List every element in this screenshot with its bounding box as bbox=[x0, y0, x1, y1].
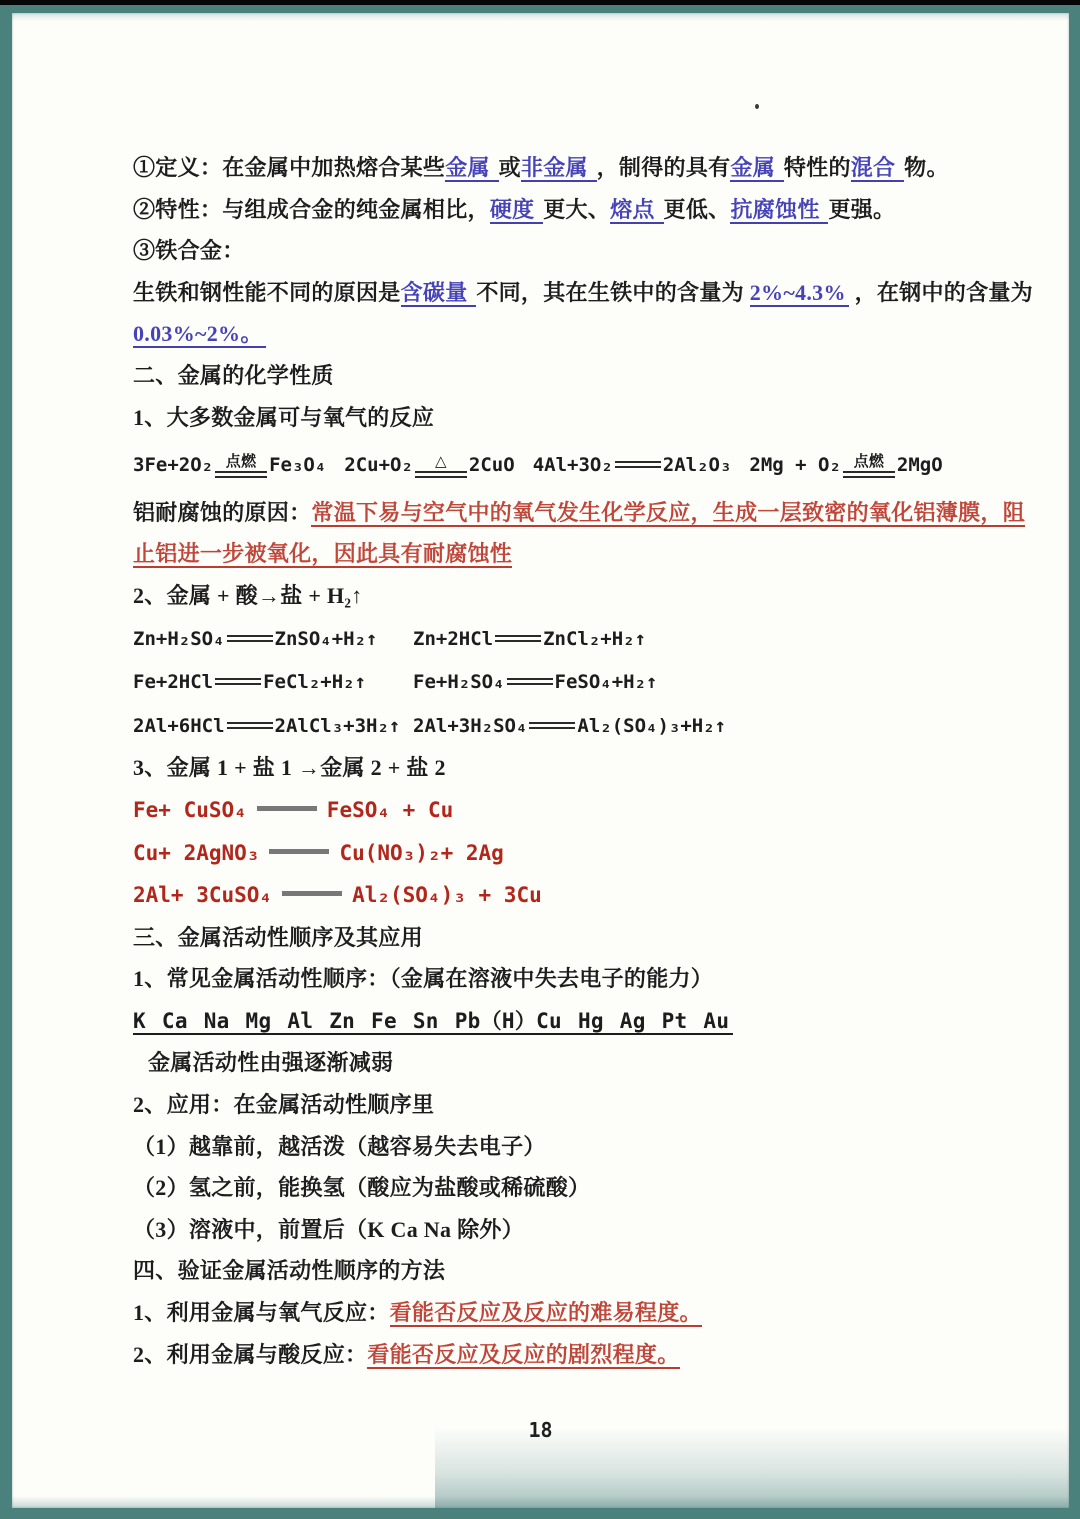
blank-mixture: 混合 bbox=[851, 155, 904, 182]
text-run: ，在钢中的含量为 bbox=[849, 280, 1033, 305]
aluminum-note-label: 铝耐腐蚀的原因： bbox=[133, 500, 311, 525]
text-run: 物。 bbox=[904, 155, 949, 180]
eq-lhs: Zn+2HCl bbox=[413, 628, 493, 650]
acid-equations-row-3: 2Al+6HCl2AlCl₃+3H₂↑ 2Al+3H₂SO₄Al₂(SO₄)₃+… bbox=[133, 704, 1011, 748]
blank-nonmetal: 非金属 bbox=[521, 155, 597, 182]
blank-pig-iron-range: 2%~4.3% bbox=[750, 280, 849, 307]
eq-lhs: 2Mg + O₂ bbox=[749, 454, 841, 476]
activity-series: K Ca Na Mg Al Zn Fe Sn Pb（H）Cu Hg Ag Pt … bbox=[133, 1009, 733, 1035]
line-carbon-content: 生铁和钢性能不同的原因是含碳量 不同，其在生铁中的含量为 2%~4.3% ，在钢… bbox=[133, 272, 1011, 314]
eq-rhs: Al₂(SO₄)₃ + 3Cu bbox=[352, 883, 542, 907]
eq-lhs: 2Al+6HCl bbox=[133, 715, 225, 737]
section4-title: 四、验证金属活动性顺序的方法 bbox=[133, 1250, 1011, 1292]
section2-sub1: 1、大多数金属可与氧气的反应 bbox=[133, 397, 1011, 439]
eq-rhs: Fe₃O₄ bbox=[269, 454, 326, 476]
acid-equations-row-1: Zn+H₂SO₄ZnSO₄+H₂↑ Zn+2HClZnCl₂+H₂↑ bbox=[133, 617, 1011, 661]
top-black-strip bbox=[0, 0, 1080, 5]
eq-lhs: 2Al+ 3CuSO₄ bbox=[133, 883, 272, 907]
eq-rhs: Al₂(SO₄)₃+H₂↑ bbox=[577, 715, 726, 737]
text-run: （1）越靠前，越活泼（越容易失去电子） bbox=[133, 1134, 546, 1159]
blank-metal: 金属 bbox=[445, 155, 498, 182]
blank-carbon-content: 含碳量 bbox=[401, 280, 477, 307]
equation-al-h2so4: 2Al+3H₂SO₄Al₂(SO₄)₃+H₂↑ bbox=[413, 704, 726, 748]
double-line bbox=[415, 471, 467, 478]
double-line bbox=[227, 635, 273, 642]
condition-label: 点燃 bbox=[226, 454, 257, 471]
text-run: ②特性：与组成合金的纯金属相比， bbox=[133, 197, 490, 222]
eq-lhs: 3Fe+2O₂ bbox=[133, 454, 213, 476]
eq-rhs: Cu(NO₃)₂+ 2Ag bbox=[339, 841, 503, 865]
equation-mg-o2: 2Mg + O₂点燃2MgO bbox=[749, 443, 942, 487]
equation-cu-o2: 2Cu+O₂△2CuO bbox=[344, 443, 514, 487]
double-line bbox=[215, 678, 261, 685]
condition-label: △ bbox=[435, 454, 447, 471]
text-run: 2、金属 + 酸→盐 + H₂↑ bbox=[133, 583, 363, 608]
text-run: 更低、 bbox=[664, 197, 731, 222]
line-alloy-definition: ①定义：在金属中加热熔合某些金属 或非金属 ，制得的具有金属 特性的混合 物。 bbox=[133, 147, 1011, 189]
eq-rhs: 2MgO bbox=[897, 454, 943, 476]
line-alloy-properties: ②特性：与组成合金的纯金属相比，硬度 更大、熔点 更低、抗腐蚀性 更强。 bbox=[133, 189, 1011, 231]
equation-al-o2: 4Al+3O₂2Al₂O₃ bbox=[533, 443, 732, 487]
salt-equation-cu-agno3: Cu+ 2AgNO₃Cu(NO₃)₂+ 2Ag bbox=[133, 832, 1011, 875]
eq-rhs: FeSO₄+H₂↑ bbox=[555, 671, 658, 693]
verify-method-2: 2、利用金属与酸反应：看能否反应及反应的剧烈程度。 bbox=[133, 1334, 1011, 1376]
text-run: 2、应用：在金属活动性顺序里 bbox=[133, 1092, 434, 1117]
double-line bbox=[507, 678, 553, 685]
text-run: 金属活动性由强逐渐减弱 bbox=[148, 1050, 393, 1075]
text-run: ，制得的具有 bbox=[597, 155, 731, 180]
method-note: 看能否反应及反应的剧烈程度。 bbox=[367, 1342, 679, 1369]
eq-rhs: FeCl₂+H₂↑ bbox=[263, 671, 366, 693]
text-run: 四、验证金属活动性顺序的方法 bbox=[133, 1258, 445, 1283]
eq-rhs: FeSO₄ + Cu bbox=[327, 798, 453, 822]
stray-ink-dot bbox=[755, 104, 759, 109]
eq-lhs: Fe+H₂SO₄ bbox=[413, 671, 505, 693]
ignite-condition: 点燃 bbox=[215, 454, 267, 478]
equation-fe-h2so4: Fe+H₂SO₄FeSO₄+H₂↑ bbox=[413, 660, 657, 704]
text-run: 更大、 bbox=[543, 197, 610, 222]
blank-steel-range: 0.03%~2%。 bbox=[133, 321, 266, 348]
text-run: 生铁和钢性能不同的原因是 bbox=[133, 280, 401, 305]
method-note: 看能否反应及反应的难易程度。 bbox=[390, 1300, 702, 1327]
eq-rhs: 2CuO bbox=[469, 454, 515, 476]
text-run: （2）氢之前，能换氢（酸应为盐酸或稀硫酸） bbox=[133, 1175, 590, 1200]
eq-lhs: Fe+ CuSO₄ bbox=[133, 798, 247, 822]
text-run: ③铁合金： bbox=[133, 238, 245, 263]
text-run: 3、金属 1 + 盐 1 →金属 2 + 盐 2 bbox=[133, 755, 446, 780]
section3-sub1: 1、常见金属活动性顺序：（金属在溶液中失去电子的能力） bbox=[133, 958, 1011, 1000]
acid-equations-row-2: Fe+2HClFeCl₂+H₂↑ Fe+H₂SO₄FeSO₄+H₂↑ bbox=[133, 660, 1011, 704]
method-label: 1、利用金属与氧气反应： bbox=[133, 1300, 390, 1325]
application-rule-3: （3）溶液中，前置后（K Ca Na 除外） bbox=[133, 1209, 1011, 1251]
equation-fe-hcl: Fe+2HClFeCl₂+H₂↑ bbox=[133, 660, 413, 704]
equal-bar bbox=[282, 891, 342, 896]
equation-zn-h2so4: Zn+H₂SO₄ZnSO₄+H₂↑ bbox=[133, 617, 413, 661]
double-line bbox=[843, 471, 895, 478]
equation-al-hcl: 2Al+6HCl2AlCl₃+3H₂↑ bbox=[133, 704, 413, 748]
eq-lhs: Fe+2HCl bbox=[133, 671, 213, 693]
eq-lhs: 4Al+3O₂ bbox=[533, 454, 613, 476]
ignite-condition: 点燃 bbox=[843, 454, 895, 478]
section2-sub3: 3、金属 1 + 盐 1 →金属 2 + 盐 2 bbox=[133, 747, 1011, 789]
verify-method-1: 1、利用金属与氧气反应：看能否反应及反应的难易程度。 bbox=[133, 1292, 1011, 1334]
text-run: 二、金属的化学性质 bbox=[133, 363, 334, 388]
line-aluminum-note-1: 铝耐腐蚀的原因：常温下易与空气中的氧气发生化学反应，生成一层致密的氧化铝薄膜，阻 bbox=[133, 492, 1011, 534]
equation-fe-o2: 3Fe+2O₂点燃Fe₃O₄ bbox=[133, 443, 326, 487]
activity-series-note: 金属活动性由强逐渐减弱 bbox=[133, 1042, 1011, 1084]
salt-equation-fe-cuso4: Fe+ CuSO₄FeSO₄ + Cu bbox=[133, 789, 1011, 832]
eq-rhs: ZnCl₂+H₂↑ bbox=[543, 628, 646, 650]
method-label: 2、利用金属与酸反应： bbox=[133, 1342, 367, 1367]
scan-bottom-edge-shadow bbox=[12, 1496, 1069, 1508]
section2-sub2: 2、金属 + 酸→盐 + H₂↑ bbox=[133, 575, 1011, 617]
equation-zn-hcl: Zn+2HClZnCl₂+H₂↑ bbox=[413, 617, 646, 661]
text-run: 更强。 bbox=[828, 197, 895, 222]
eq-rhs: ZnSO₄+H₂↑ bbox=[275, 628, 378, 650]
section3-title: 三、金属活动性顺序及其应用 bbox=[133, 917, 1011, 959]
double-line bbox=[529, 722, 575, 729]
eq-lhs: 2Cu+O₂ bbox=[344, 454, 413, 476]
blank-corrosion-resistance: 抗腐蚀性 bbox=[730, 197, 828, 224]
section2-title: 二、金属的化学性质 bbox=[133, 355, 1011, 397]
blank-melting-point: 熔点 bbox=[610, 197, 663, 224]
double-line bbox=[215, 471, 267, 478]
text-run: 或 bbox=[499, 155, 521, 180]
activity-series-line: K Ca Na Mg Al Zn Fe Sn Pb（H）Cu Hg Ag Pt … bbox=[133, 1000, 1011, 1043]
eq-lhs: Cu+ 2AgNO₃ bbox=[133, 841, 259, 865]
eq-rhs: 2Al₂O₃ bbox=[663, 454, 732, 476]
page-content: ①定义：在金属中加热熔合某些金属 或非金属 ，制得的具有金属 特性的混合 物。 … bbox=[12, 13, 1069, 1375]
text-run: 1、常见金属活动性顺序：（金属在溶液中失去电子的能力） bbox=[133, 966, 713, 991]
line-iron-alloy-heading: ③铁合金： bbox=[133, 230, 1011, 272]
double-line bbox=[615, 461, 661, 468]
equal-bar bbox=[269, 849, 329, 854]
text-run: 1、大多数金属可与氧气的反应 bbox=[133, 405, 434, 430]
text-run: ①定义：在金属中加热熔合某些 bbox=[133, 155, 445, 180]
text-run: 三、金属活动性顺序及其应用 bbox=[133, 925, 423, 950]
text-run: （3）溶液中，前置后（K Ca Na 除外） bbox=[133, 1217, 524, 1242]
oxygen-equations-row: 3Fe+2O₂点燃Fe₃O₄ 2Cu+O₂△2CuO 4Al+3O₂2Al₂O₃… bbox=[133, 443, 1011, 487]
double-line bbox=[227, 722, 273, 729]
aluminum-note-text: 止铝进一步被氧化，因此具有耐腐蚀性 bbox=[133, 541, 512, 568]
text-run: 特性的 bbox=[784, 155, 851, 180]
eq-rhs: 2AlCl₃+3H₂↑ bbox=[275, 715, 401, 737]
equal-bar bbox=[257, 806, 317, 811]
blank-metal-2: 金属 bbox=[730, 155, 783, 182]
eq-lhs: Zn+H₂SO₄ bbox=[133, 628, 225, 650]
heat-condition: △ bbox=[415, 454, 467, 478]
photo-frame: ①定义：在金属中加热熔合某些金属 或非金属 ，制得的具有金属 特性的混合 物。 … bbox=[0, 0, 1080, 1519]
application-rule-1: （1）越靠前，越活泼（越容易失去电子） bbox=[133, 1126, 1011, 1168]
application-rule-2: （2）氢之前，能换氢（酸应为盐酸或稀硫酸） bbox=[133, 1167, 1011, 1209]
document-page: ①定义：在金属中加热熔合某些金属 或非金属 ，制得的具有金属 特性的混合 物。 … bbox=[12, 13, 1069, 1508]
condition-label: 点燃 bbox=[854, 454, 885, 471]
salt-equation-al-cuso4: 2Al+ 3CuSO₄Al₂(SO₄)₃ + 3Cu bbox=[133, 874, 1011, 917]
text-run: 不同，其在生铁中的含量为 bbox=[476, 280, 749, 305]
double-line bbox=[495, 635, 541, 642]
section3-sub2: 2、应用：在金属活动性顺序里 bbox=[133, 1084, 1011, 1126]
blank-hardness: 硬度 bbox=[490, 197, 543, 224]
eq-lhs: 2Al+3H₂SO₄ bbox=[413, 715, 527, 737]
line-aluminum-note-2: 止铝进一步被氧化，因此具有耐腐蚀性 bbox=[133, 533, 1011, 575]
aluminum-note-text: 常温下易与空气中的氧气发生化学反应，生成一层致密的氧化铝薄膜，阻 bbox=[311, 500, 1025, 527]
line-steel-range: 0.03%~2%。 bbox=[133, 313, 1011, 355]
